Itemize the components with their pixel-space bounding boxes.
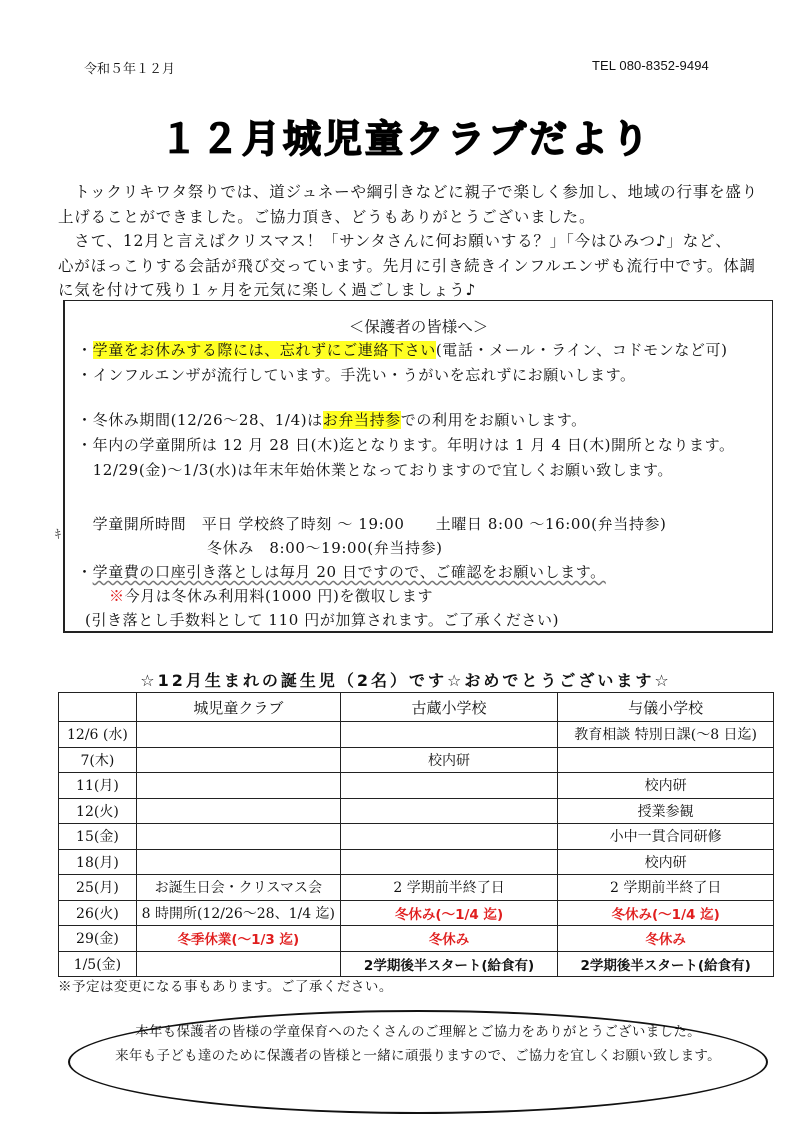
notice-item-absence: ・学童をお休みする際には、忘れずにご連絡下さい(電話・メール・ライン、コドモンな…	[77, 339, 728, 360]
table-header-row: 城児童クラブ 古蔵小学校 与儀小学校	[59, 693, 774, 722]
date-cell: 7(木)	[59, 747, 137, 773]
column-header	[59, 693, 137, 722]
intro-line: さて、12月と言えばクリスマス！「サンタさんに何お願いする？」「今はひみつ♪」な…	[58, 229, 778, 254]
closing-message: 本年も保護者の皆様の学童保育へのたくさんのご理解とご協力をありがとうございました…	[68, 1020, 768, 1068]
club-cell: お誕生日会・クリスマス会	[136, 875, 340, 901]
club-cell: 冬季休業(～1/3 迄)	[136, 926, 340, 952]
closing-line: 本年も保護者の皆様の学童保育へのたくさんのご理解とご協力をありがとうございました…	[68, 1020, 768, 1044]
date-cell: 15(金)	[59, 824, 137, 850]
date-cell: 12/6 (水)	[59, 722, 137, 748]
furugura-cell: 校内研	[340, 747, 558, 773]
opening-hours: 学童開所時間 平日 学校終了時刻 ～ 19:00 土曜日 8:00 ～16:00…	[77, 513, 667, 534]
furugura-cell: 2学期後半スタート(給食有)	[340, 951, 558, 977]
furugura-cell	[340, 849, 558, 875]
date-cell: 25(月)	[59, 875, 137, 901]
phone-number: TEL 080-8352-9494	[592, 58, 709, 73]
table-row: 7(木) 校内研	[59, 747, 774, 773]
table-row: 29(金) 冬季休業(～1/3 迄) 冬休み 冬休み	[59, 926, 774, 952]
column-header: 古蔵小学校	[340, 693, 558, 722]
note-mark: ※	[109, 587, 125, 605]
yogi-cell	[558, 747, 774, 773]
intro-paragraph: トックリキワタ祭りでは、道ジュネーや綱引きなどに親子で楽しく参加し、地域の行事を…	[58, 180, 778, 303]
furugura-cell: 冬休み	[340, 926, 558, 952]
bullet: ・	[77, 563, 93, 581]
club-cell	[136, 798, 340, 824]
club-cell: 8 時開所(12/26～28、1/4 迄)	[136, 900, 340, 926]
table-row: 18(月) 校内研	[59, 849, 774, 875]
notice-text: 今月は冬休み利用料(1000 円)を徴収します	[125, 587, 433, 605]
notice-item-winter-lunch: ・冬休み期間(12/26～28、1/4)はお弁当持参での利用をお願いします。	[77, 409, 587, 430]
yogi-cell: 2 学期前半終了日	[558, 875, 774, 901]
furugura-cell: 2 学期前半終了日	[340, 875, 558, 901]
notice-item-year-end: ・年内の学童開所は 12 月 28 日(木)迄となります。年明けは 1 月 4 …	[77, 434, 735, 455]
club-cell	[136, 773, 340, 799]
intro-line: トックリキワタ祭りでは、道ジュネーや綱引きなどに親子で楽しく参加し、地域の行事を…	[58, 180, 778, 205]
notice-item-fee: ・学童費の口座引き落としは毎月 20 日ですので、ご確認をお願いします。	[77, 561, 606, 582]
table-row: 11(月) 校内研	[59, 773, 774, 799]
notice-text: (電話・メール・ライン、コドモンなど可)	[436, 341, 728, 359]
fee-text: 学童費の口座引き落としは毎月 20 日ですので、ご確認をお願いします。	[93, 563, 606, 581]
date-cell: 18(月)	[59, 849, 137, 875]
closing-line: 来年も子ども達のために保護者の皆様と一緒に頑張りますので、ご協力を宜しくお願い致…	[68, 1044, 768, 1068]
fee-note-2: (引き落とし手数料として 110 円が加算されます。ご了承ください)	[85, 609, 559, 630]
birthday-banner: ☆12月生まれの誕生児（2名）です☆おめでとうございます☆	[0, 668, 812, 691]
opening-hours-winter: 冬休み 8:00～19:00(弁当持参)	[207, 537, 443, 558]
parent-notice-box: ＜保護者の皆様へ＞ ・学童をお休みする際には、忘れずにご連絡下さい(電話・メール…	[63, 300, 773, 633]
bullet: ・	[77, 341, 93, 359]
club-cell	[136, 722, 340, 748]
table-row: 12(火) 授業参観	[59, 798, 774, 824]
furugura-cell	[340, 824, 558, 850]
column-header: 与儀小学校	[558, 693, 774, 722]
table-row: 1/5(金) 2学期後半スタート(給食有) 2学期後半スタート(給食有)	[59, 951, 774, 977]
schedule-footnote: ※予定は変更になる事もあります。ご了承ください。	[58, 975, 393, 995]
date-cell: 1/5(金)	[59, 951, 137, 977]
table-row: 15(金) 小中一貫合同研修	[59, 824, 774, 850]
furugura-cell	[340, 798, 558, 824]
date-cell: 26(火)	[59, 900, 137, 926]
stray-mark: ｷ	[55, 525, 61, 542]
club-cell	[136, 951, 340, 977]
furugura-cell	[340, 722, 558, 748]
table-row: 26(火) 8 時開所(12/26～28、1/4 迄) 冬休み(～1/4 迄) …	[59, 900, 774, 926]
newsletter-title: １２月城児童クラブだより	[0, 108, 812, 163]
club-cell	[136, 747, 340, 773]
notice-text: ・冬休み期間(12/26～28、1/4)は	[77, 411, 323, 429]
date-cell: 11(月)	[59, 773, 137, 799]
intro-line: に気を付けて残り１ヶ月を元気に楽しく過ごしましょう♪	[58, 278, 778, 303]
yogi-cell: 校内研	[558, 773, 774, 799]
date-cell: 12(火)	[59, 798, 137, 824]
date-cell: 29(金)	[59, 926, 137, 952]
notice-item-year-end-closure: 12/29(金)～1/3(水)は年末年始休業となっておりますので宜しくお願い致し…	[77, 459, 673, 480]
club-cell	[136, 849, 340, 875]
yogi-cell: 教育相談 特別日課(～8 日迄)	[558, 722, 774, 748]
yogi-cell: 2学期後半スタート(給食有)	[558, 951, 774, 977]
yogi-cell: 冬休み(～1/4 迄)	[558, 900, 774, 926]
yogi-cell: 校内研	[558, 849, 774, 875]
yogi-cell: 小中一貫合同研修	[558, 824, 774, 850]
issue-date: 令和５年１２月	[84, 58, 175, 77]
notice-title: ＜保護者の皆様へ＞	[65, 315, 772, 337]
notice-text: での利用をお願いします。	[401, 411, 587, 429]
yogi-cell: 授業参観	[558, 798, 774, 824]
yogi-cell: 冬休み	[558, 926, 774, 952]
notice-item-influenza: ・インフルエンザが流行しています。手洗い・うがいを忘れずにお願いします。	[77, 364, 636, 385]
table-row: 25(月) お誕生日会・クリスマス会 2 学期前半終了日 2 学期前半終了日	[59, 875, 774, 901]
fee-note: ※今月は冬休み利用料(1000 円)を徴収します	[109, 585, 433, 606]
highlighted-text: 学童をお休みする際には、忘れずにご連絡下さい	[93, 341, 436, 359]
column-header: 城児童クラブ	[136, 693, 340, 722]
schedule-table: 城児童クラブ 古蔵小学校 与儀小学校 12/6 (水) 教育相談 特別日課(～8…	[58, 692, 774, 977]
table-row: 12/6 (水) 教育相談 特別日課(～8 日迄)	[59, 722, 774, 748]
club-cell	[136, 824, 340, 850]
furugura-cell: 冬休み(～1/4 迄)	[340, 900, 558, 926]
intro-line: 心がほっこりする会話が飛び交っています。先月に引き続きインフルエンザも流行中です…	[58, 254, 778, 279]
highlighted-text: お弁当持参	[323, 411, 401, 429]
furugura-cell	[340, 773, 558, 799]
intro-line: 上げることができました。ご協力頂き、どうもありがとうございました。	[58, 205, 778, 230]
